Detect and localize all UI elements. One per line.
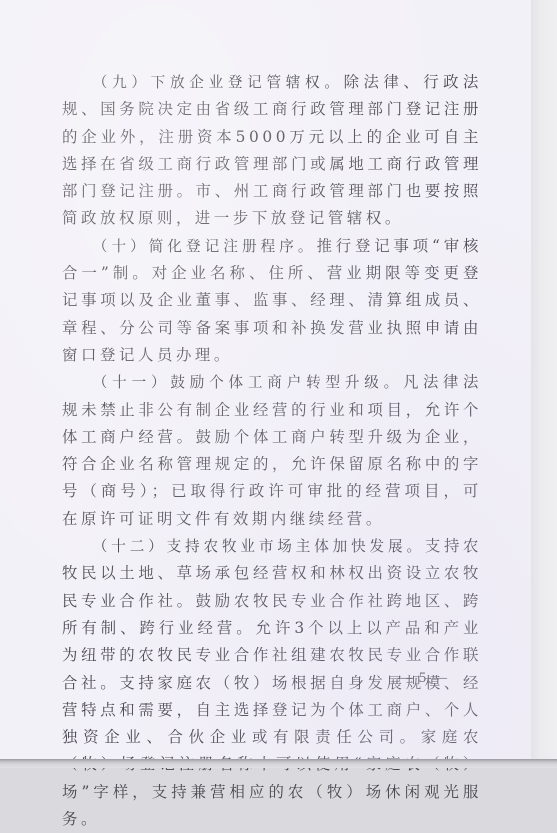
page-number: — 5 — [398, 670, 448, 687]
paragraph-10-heading: （十）简化登记注册程序。 [93, 238, 317, 255]
paragraph-12-heading: （十二）支持农牧业市场主体加快发展。 [93, 538, 425, 555]
paragraph-10: （十）简化登记注册程序。推行登记事项“审核合一”制。对企业名称、住所、营业期限等… [62, 233, 482, 369]
paragraph-11: （十一）鼓励个体工商户转型升级。凡法律法规未禁止非公有制企业经营的行业和项目，允… [62, 369, 482, 533]
paragraph-9: （九）下放企业登记管辖权。除法律、行政法规、国务院决定由省级工商行政管理部门登记… [62, 69, 482, 233]
scanner-edge-right [531, 0, 557, 768]
scanner-edge-bottom [0, 759, 557, 768]
paragraph-9-heading: （九）下放企业登记管辖权。 [93, 74, 344, 91]
paragraph-12: （十二）支持农牧业市场主体加快发展。支持农牧民以土地、草场承包经营权和林权出资设… [62, 533, 482, 768]
paragraph-10-body: 推行登记事项“审核合一”制。对企业名称、住所、营业期限等变更登记事项以及企业董事… [62, 237, 482, 364]
document-page: （九）下放企业登记管辖权。除法律、行政法规、国务院决定由省级工商行政管理部门登记… [0, 0, 531, 759]
paragraph-9-body: 除法律、行政法规、国务院决定由省级工商行政管理部门登记注册的企业外，注册资本50… [62, 73, 482, 227]
paragraph-11-body: 凡法律法规未禁止非公有制企业经营的行业和项目，允许个体工商户经营。鼓励个体工商户… [62, 373, 482, 527]
document-body: （九）下放企业登记管辖权。除法律、行政法规、国务院决定由省级工商行政管理部门登记… [62, 69, 482, 768]
paragraph-11-heading: （十一）鼓励个体工商户转型升级。 [93, 374, 403, 391]
paragraph-12-body: 支持农牧民以土地、草场承包经营权和林权出资设立农牧民专业合作社。鼓励农牧民专业合… [62, 537, 482, 768]
